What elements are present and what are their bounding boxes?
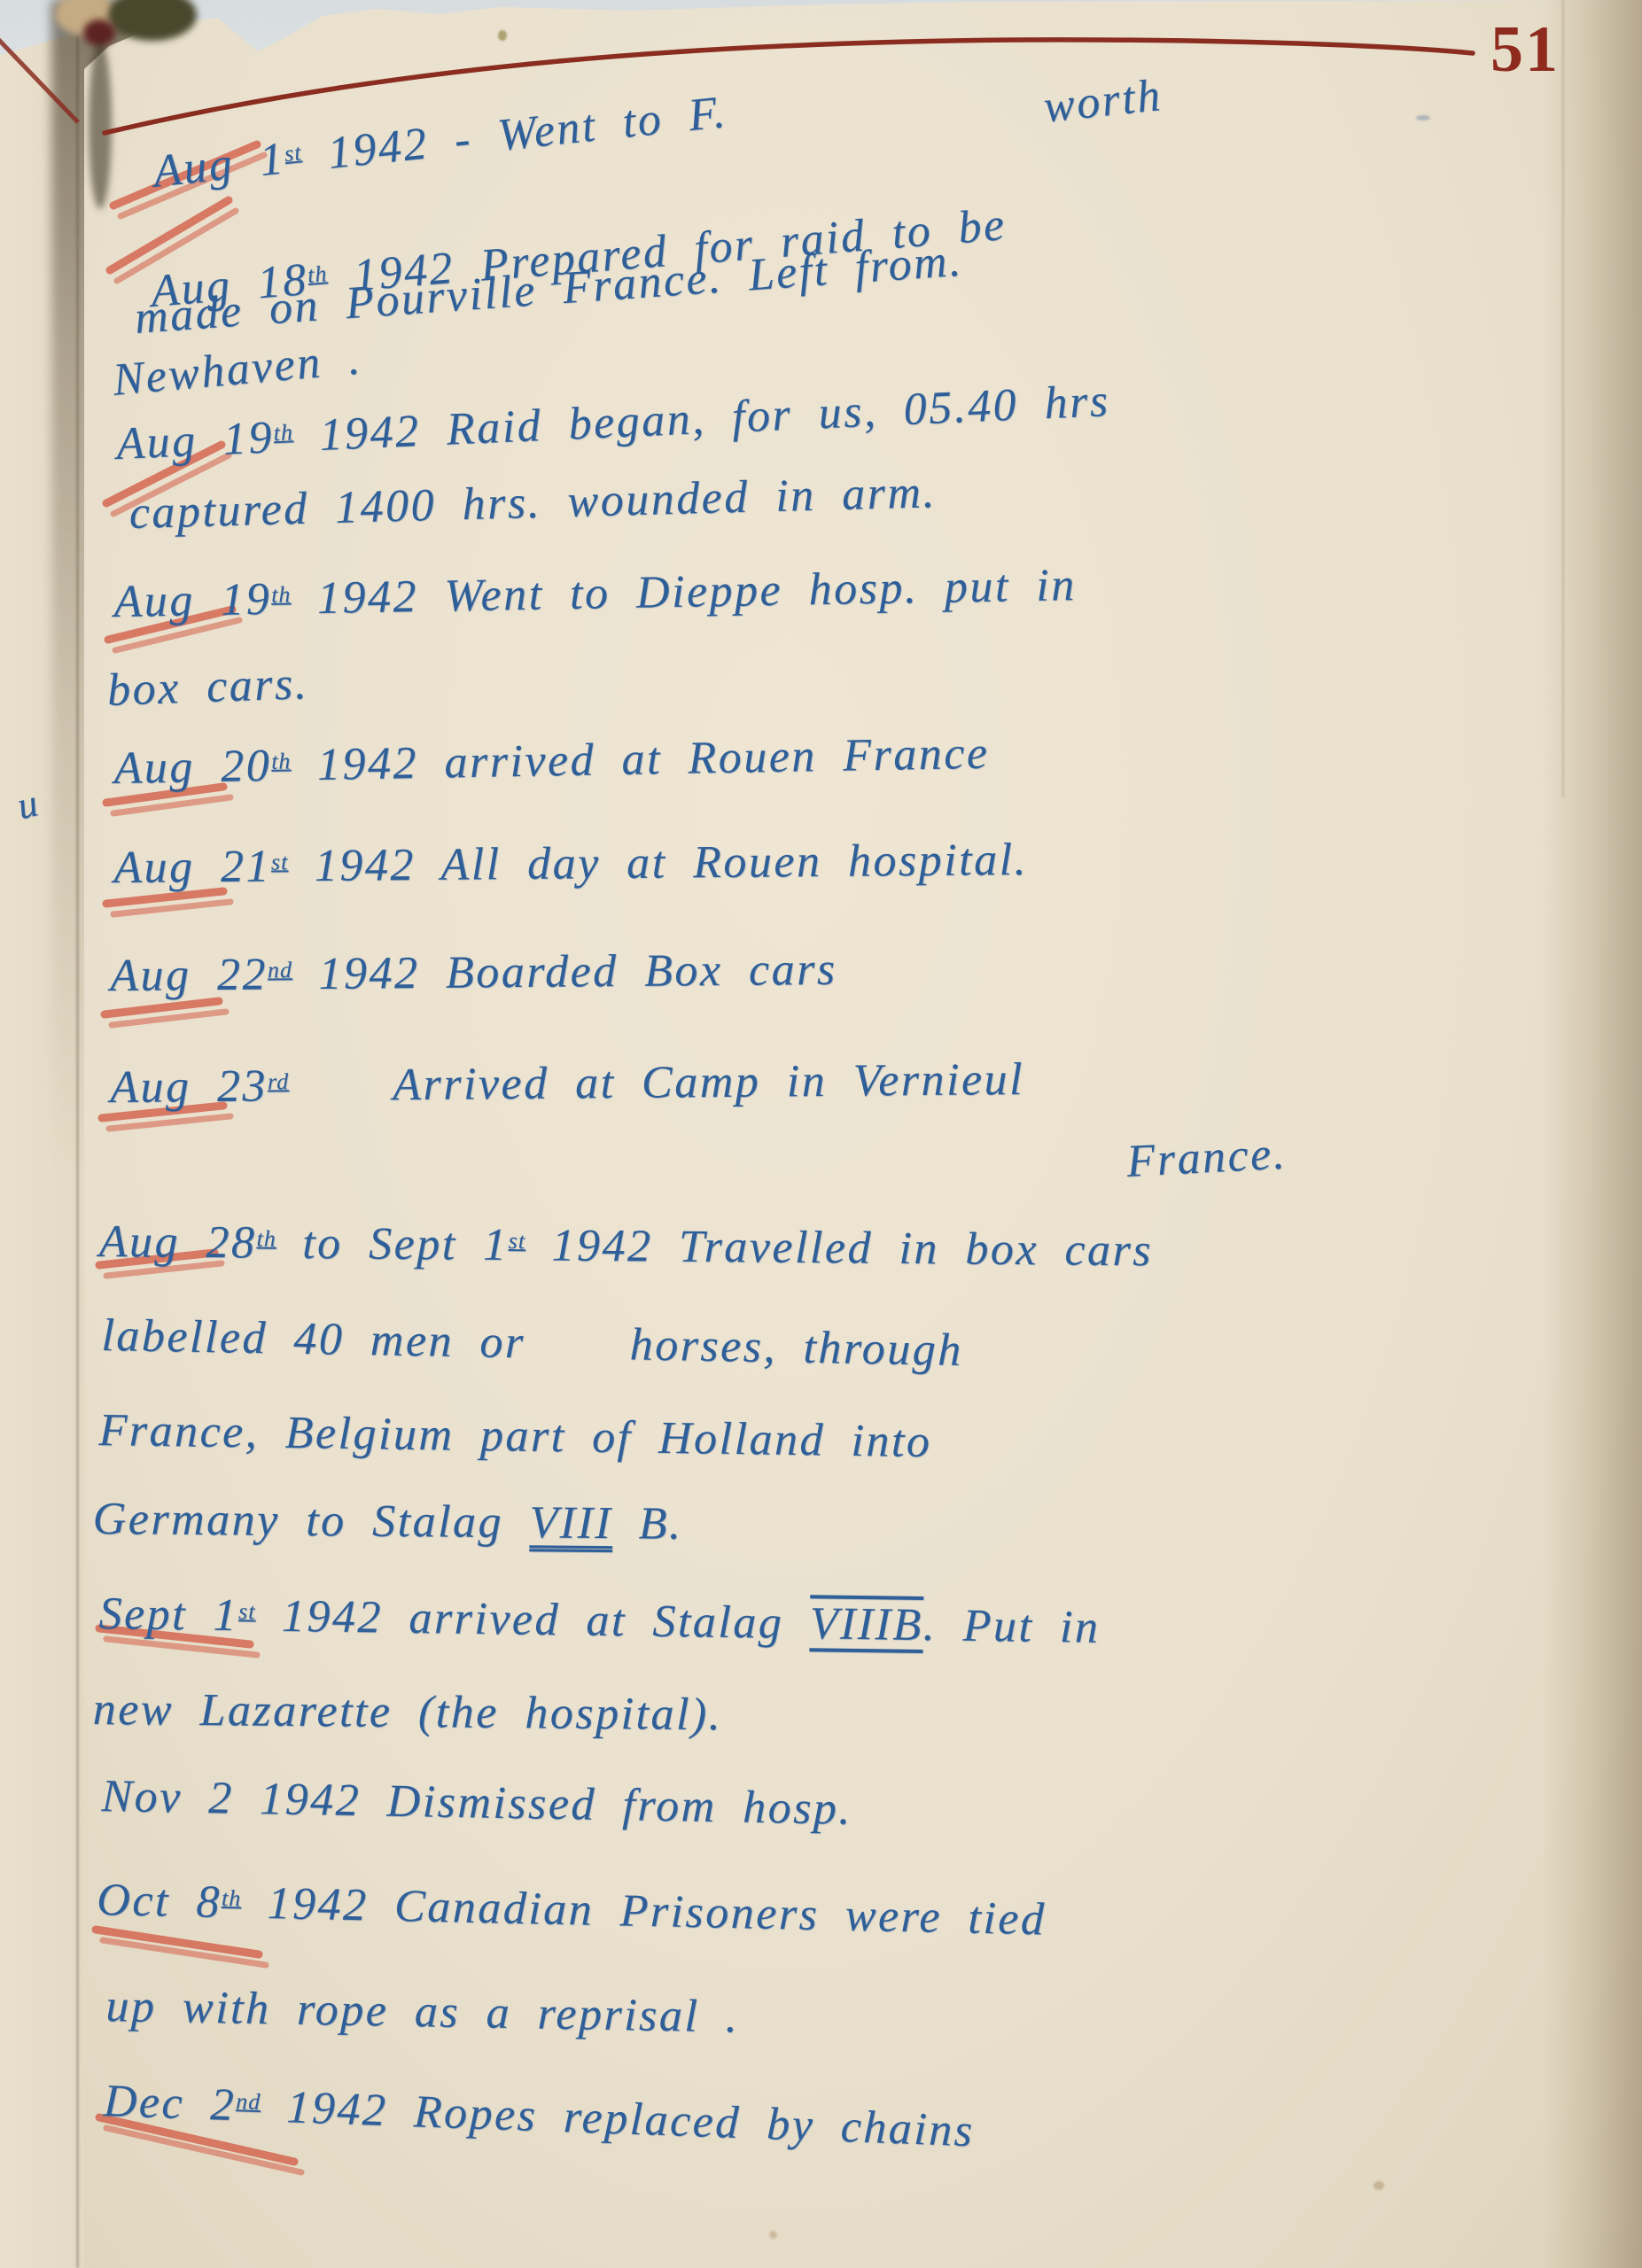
diary-line: up with rope as a reprisal . (105, 1980, 740, 2043)
diary-line: Aug 28th to Sept 1st 1942 Travelled in b… (98, 1216, 1153, 1277)
red-crayon-underline (106, 2128, 301, 2172)
left-page-margin-line (0, 34, 78, 122)
diary-line: new Lazarette (the hospital). (92, 1683, 722, 1741)
diary-line: Aug 23rd Arrived at Camp in Vernieul (110, 1053, 1024, 1114)
page-number: 51 (1490, 12, 1560, 88)
diary-line: box cars. (106, 657, 309, 717)
top-ruling-line (105, 40, 1473, 133)
diary-photo: 51 u Aug 1st 1942 - Went to F. worth Aug… (0, 0, 1642, 2268)
diary-line: Germany to Stalag VIII B. (92, 1493, 682, 1550)
diary-line: France. (1125, 1128, 1288, 1188)
diary-line: Aug 21st 1942 All day at Rouen hospital. (113, 834, 1028, 894)
diary-line: Aug 22nd 1942 Boarded Box cars (110, 944, 837, 1002)
